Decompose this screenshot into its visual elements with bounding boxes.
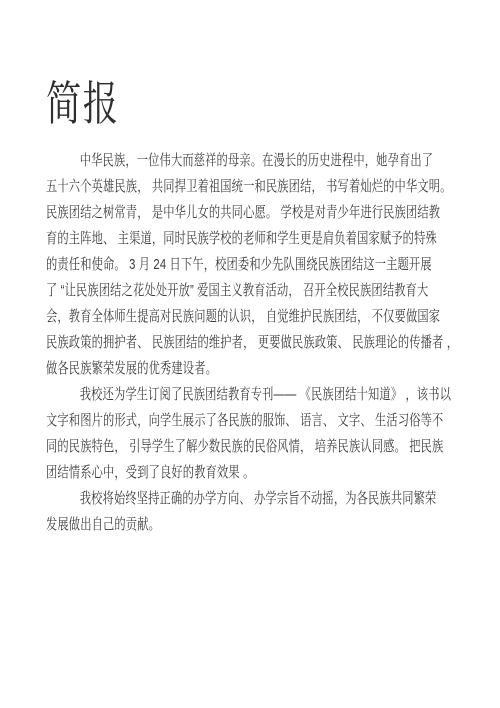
text-line: 五十六个英雄民族， 共同捍卫着祖国统一和民族团结， 书写着灿烂的中华文明。 (46, 174, 457, 200)
document-body: 中华民族，一位伟大而慈祥的母亲。在漫长的历史进程中，她孕育出了 五十六个英雄民族… (46, 148, 457, 538)
text-line: 民族政策的拥护者、 民族团结的维护者， 更要做民族政策、 民族理论的传播者 ， (46, 330, 457, 356)
text-line: 我校将始终坚持正确的办学方向、 办学宗旨不动摇，为各民族共同繁荣 (46, 486, 457, 512)
text-line: 同的民族特色， 引导学生了解少数民族的民俗风情， 培养民族认同感。 把民族 (46, 434, 457, 460)
text-line: 会，教育全体师生提高对民族问题的认识， 自觉维护民族团结， 不仅要做国家 (46, 304, 457, 330)
text-line: 民族团结之树常青， 是中华儿女的共同心愿。 学校是对青少年进行民族团结教 (46, 200, 457, 226)
text-line: 的责任和使命。 3 月 24 日下午，校团委和少先队围绕民族团结这一主题开展 (46, 252, 457, 278)
text-line: 中华民族，一位伟大而慈祥的母亲。在漫长的历史进程中，她孕育出了 (46, 148, 457, 174)
text-line: 做各民族繁荣发展的优秀建设者。 (46, 356, 457, 382)
text-line: 育的主阵地、 主渠道，同时民族学校的老师和学生更是肩负着国家赋予的特殊 (46, 226, 457, 252)
document-page: 简报 中华民族，一位伟大而慈祥的母亲。在漫长的历史进程中，她孕育出了 五十六个英… (0, 0, 500, 708)
text-line: 团结情系心中，受到了良好的教育效果 。 (46, 460, 457, 486)
text-line: 发展做出自己的贡献。 (46, 512, 457, 538)
text-line: 了 “让民族团结之花处处开放” 爱国主义教育活动， 召开全校民族团结教育大 (46, 278, 457, 304)
text-line: 文字和图片的形式，向学生展示了各民族的服饰、 语言、 文字、 生活习俗等不 (46, 408, 457, 434)
document-title: 简报 (46, 80, 120, 127)
text-line: 我校还为学生订阅了民族团结教育专刊—— 《民族团结十知道》 ，该书以 (46, 382, 457, 408)
